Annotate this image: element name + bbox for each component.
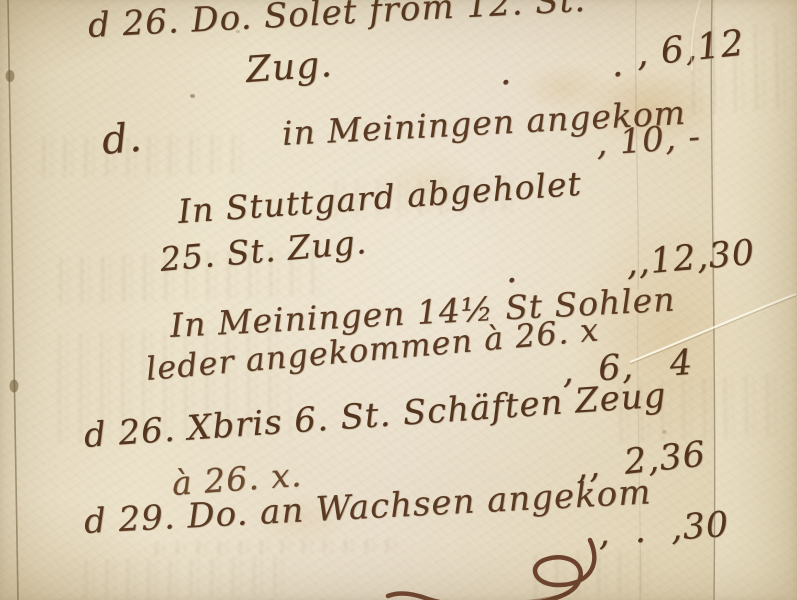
ink-flourish bbox=[388, 540, 594, 600]
ledger-line-stuttgard: In Stuttgard abgeholet bbox=[177, 164, 583, 231]
ink-flourish-echo bbox=[430, 592, 570, 600]
amount-value: ,,12,30 bbox=[624, 233, 756, 284]
leader-dot: . bbox=[506, 250, 518, 291]
ledger-line-d29: d 29. Do. an Wachsen angekom bbox=[83, 472, 652, 542]
ink-speck bbox=[190, 94, 195, 98]
bleed-through bbox=[150, 538, 400, 556]
ledger-line-xbris: d 26. Xbris 6. St. Schäften Zeug bbox=[83, 375, 668, 456]
ditto-mark: d. bbox=[100, 115, 144, 164]
binding-seam bbox=[8, 0, 18, 600]
bleed-through bbox=[529, 550, 660, 599]
seam-stitch-knot bbox=[6, 70, 15, 82]
leader-dot: . bbox=[612, 44, 624, 85]
ink-speck bbox=[662, 430, 667, 434]
leader-dot: . bbox=[500, 52, 512, 93]
bleed-through bbox=[80, 556, 291, 600]
ledger-line-date-entry: d 26. Do. Solet from 12. St. bbox=[87, 0, 587, 46]
amount-value: , 6,12 bbox=[634, 23, 747, 75]
amount-value: , 10, - bbox=[595, 117, 703, 164]
ledger-line-25st: 25. St. Zug. bbox=[158, 222, 368, 279]
manuscript-page: d 26. Do. Solet from 12. St. Zug. . . , … bbox=[0, 0, 797, 600]
ledger-line-zug: Zug. bbox=[245, 44, 334, 91]
seam-stitch-knot bbox=[10, 380, 19, 393]
amount-value: , . ,30 bbox=[597, 505, 731, 554]
